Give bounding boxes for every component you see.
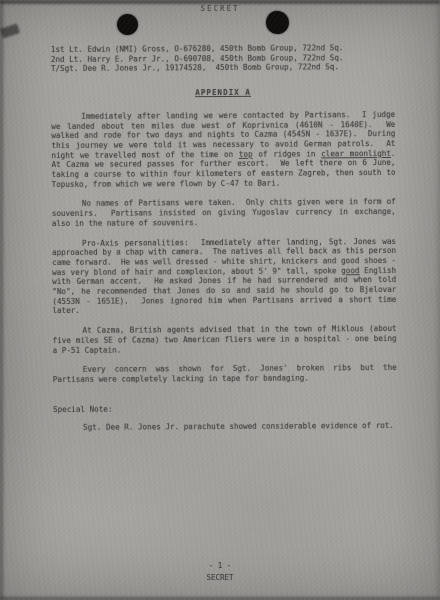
paragraph-souvenirs: No names of Partisans were taken. Only c… <box>52 197 396 228</box>
paragraph-british-agents: At Cazma, British agents advised that in… <box>53 324 397 355</box>
document-body: 1st Lt. Edwin (NMI) Gross, O-676280, 450… <box>51 43 397 443</box>
paragraph-journey: Immediately after landing we were contac… <box>51 110 395 190</box>
paragraph-broken-ribs: Every concern was shown for Sgt. Jones' … <box>53 363 397 385</box>
page-footer: - 1 - SECRET <box>0 560 440 584</box>
page-number: - 1 - <box>0 560 440 572</box>
scan-edge-left <box>0 0 3 600</box>
appendix-heading: APPENDIX A <box>51 87 395 99</box>
classification-stamp-bottom: SECRET <box>0 572 440 584</box>
document-page: SECRET 1st Lt. Edwin (NMI) Gross, O-6762… <box>0 0 440 600</box>
crew-list: 1st Lt. Edwin (NMI) Gross, O-676280, 450… <box>51 43 395 74</box>
special-note-text: Sgt. Dee R. Jones Jr. parachute showed c… <box>53 421 397 433</box>
special-note-label: Special Note: <box>53 403 397 415</box>
punch-hole-left-icon <box>117 14 138 35</box>
paragraph-pro-axis: Pro-Axis personalities: Immediately afte… <box>52 236 396 316</box>
corner-smudge <box>0 23 20 38</box>
crew-line: T/Sgt. Dee R. Jones Jr., 19174528, 450th… <box>51 62 395 74</box>
classification-stamp-top: SECRET <box>0 4 440 13</box>
